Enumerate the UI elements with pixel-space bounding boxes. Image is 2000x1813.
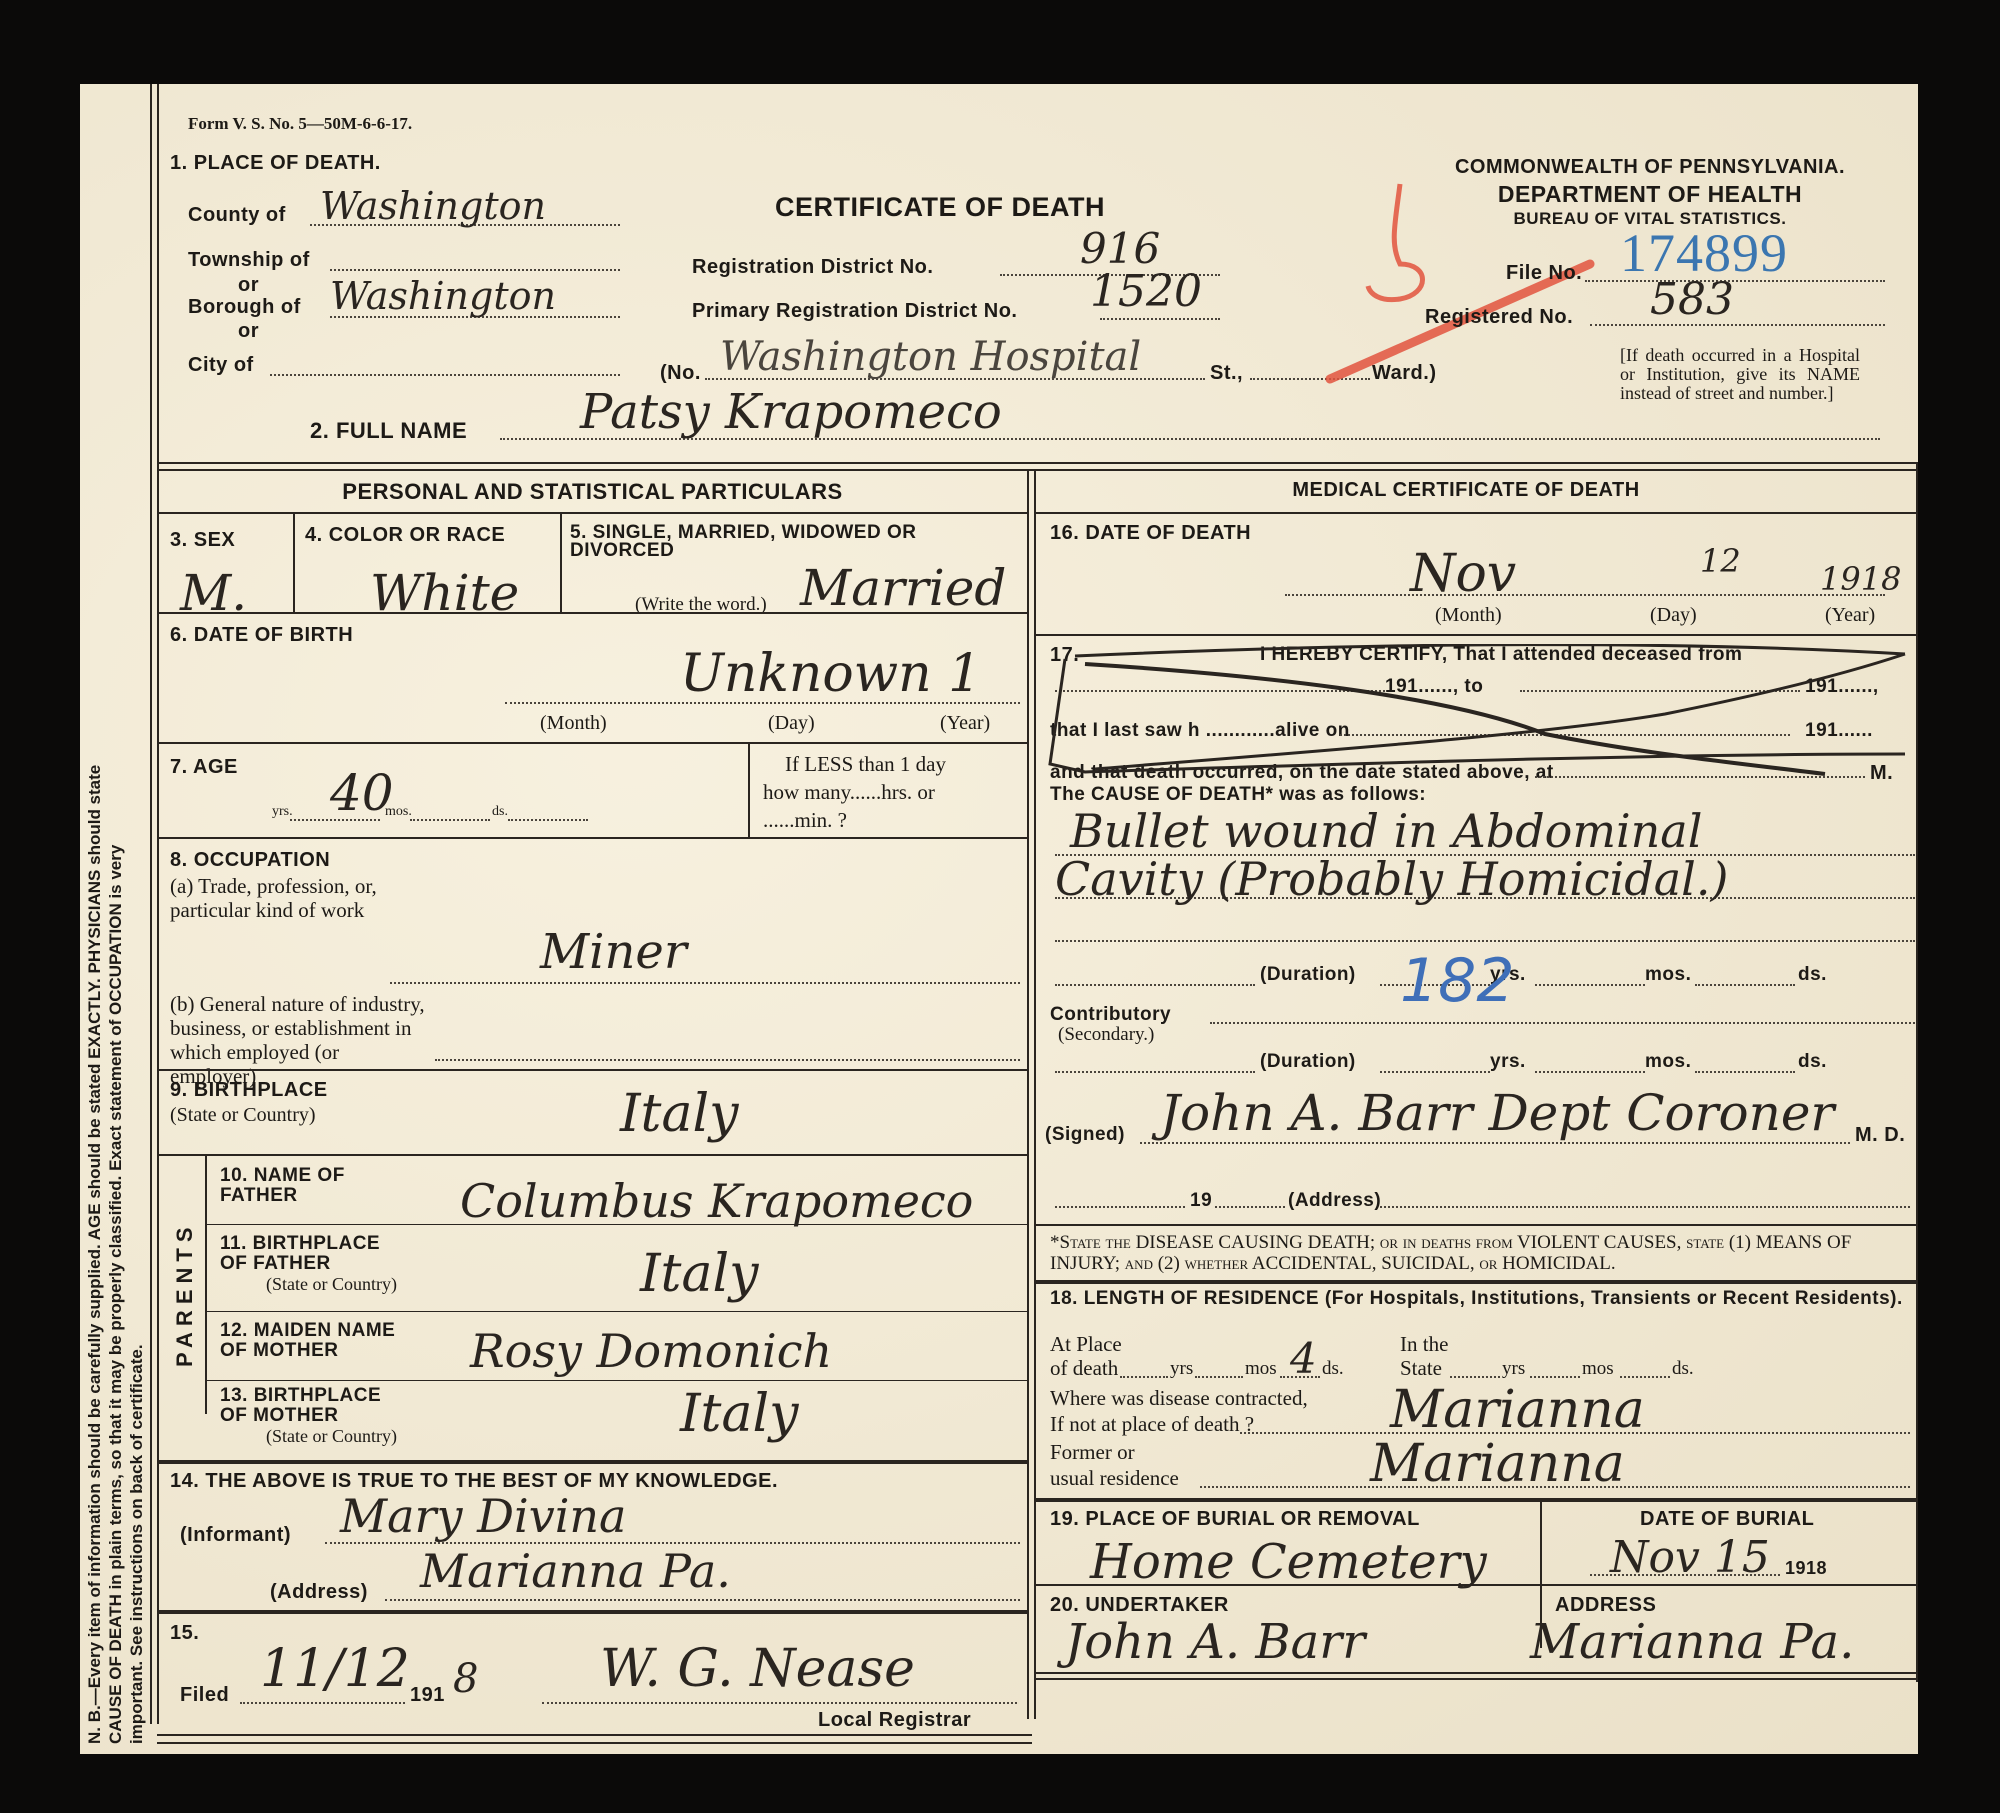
state-yrs-label: yrs (1502, 1358, 1525, 1380)
divider (293, 512, 295, 612)
occupation-a-value: Miner (540, 924, 687, 980)
rule (1036, 634, 1916, 636)
blue-pencil-code: 182 (1400, 946, 1515, 1016)
township-label: Township of (188, 249, 310, 272)
cause-footnote: *State the DISEASE CAUSING DEATH; or in … (1050, 1232, 1910, 1274)
birthplace-sub: (State or Country) (170, 1104, 316, 1127)
filed-date-line (240, 1702, 405, 1704)
rule (205, 1224, 1027, 1225)
or-label-2: or (238, 320, 259, 343)
divider (748, 742, 750, 837)
duration2-yrs-line (1380, 1071, 1490, 1073)
duration2-ds-line (1695, 1071, 1795, 1073)
center-divider-inner (1034, 469, 1036, 1719)
city-label: City of (188, 354, 254, 377)
sig-address-label: (Address) (1288, 1190, 1381, 1212)
father-birthplace-label: 11. BIRTHPLACE OF FATHER (220, 1234, 410, 1274)
street-no-label: (No. (660, 362, 701, 385)
res-yrs-line (1120, 1376, 1168, 1378)
dod-day-value: 12 (1700, 542, 1741, 580)
rule (1036, 1498, 1916, 1502)
left-border-rule (150, 84, 152, 1724)
res-mos-line (1195, 1376, 1243, 1378)
file-no-line (1585, 280, 1885, 282)
burial-date-label: DATE OF BURIAL (1640, 1508, 1814, 1531)
township-line (330, 269, 620, 271)
signed-line (1140, 1142, 1850, 1144)
filed-year-prefix: 191 (410, 1684, 445, 1707)
less-than-day-2: how many......hrs. or (763, 780, 935, 805)
full-name-value: Patsy Krapomeco (580, 384, 1002, 440)
center-divider (1027, 469, 1029, 1719)
street-value: Washington Hospital (720, 334, 1141, 380)
cause-value-1: Bullet wound in Abdominal (1070, 804, 1702, 858)
st-label: St., (1210, 362, 1243, 385)
registered-no-label: Registered No. (1425, 306, 1573, 329)
parents-label: PARENTS (172, 1174, 198, 1414)
burial-date-value: Nov 15 (1610, 1532, 1770, 1583)
rule (157, 837, 1027, 839)
sig-date-19: 19 (1190, 1190, 1212, 1212)
informant-address-line (385, 1599, 1020, 1601)
age-yrs-label: yrs. (272, 804, 293, 820)
right-border-rule (1916, 462, 1918, 1682)
rule (157, 1460, 1027, 1464)
sig-date-year-line (1215, 1206, 1285, 1208)
res-yrs-label: yrs (1170, 1358, 1193, 1380)
duration-ds-line (1695, 984, 1795, 986)
rule (1036, 1224, 1916, 1226)
age-mos-label: mos. (385, 804, 412, 820)
former-label-1: Former or (1050, 1440, 1135, 1465)
medical-heading: MEDICAL CERTIFICATE OF DEATH (1036, 479, 1896, 502)
rule (157, 469, 1917, 471)
registrar-line (542, 1702, 1017, 1704)
registered-no-line (1590, 324, 1885, 326)
signed-value: John A. Barr Dept Coroner (1160, 1084, 1834, 1142)
or-label-1: or (238, 274, 259, 297)
age-ds-label: ds. (492, 804, 508, 820)
contracted-value: Marianna (1390, 1380, 1645, 1440)
former-value: Marianna (1370, 1434, 1625, 1494)
age-ds-line (508, 819, 588, 821)
personal-heading: PERSONAL AND STATISTICAL PARTICULARS (160, 479, 1025, 505)
burial-label: 19. PLACE OF BURIAL OR REMOVAL (1050, 1508, 1420, 1531)
filed-date-value: 11/12 (260, 1639, 410, 1699)
mother-birthplace-label: 13. BIRTHPLACE OF MOTHER (220, 1386, 410, 1426)
residence-label: 18. LENGTH OF RESIDENCE (For Hospitals, … (1050, 1288, 1910, 1310)
rule (205, 1380, 1027, 1381)
dob-month-label: (Month) (540, 712, 607, 735)
left-border-rule-inner (157, 84, 159, 1724)
rule (205, 1311, 1027, 1312)
age-label: 7. AGE (170, 756, 238, 779)
cause-line-3 (1055, 940, 1915, 942)
dod-label: 16. DATE OF DEATH (1050, 522, 1251, 545)
informant-address-label: (Address) (270, 1581, 368, 1604)
birthplace-label: 9. BIRTHPLACE (170, 1079, 328, 1102)
rule (157, 1069, 1027, 1071)
dod-line (1285, 594, 1885, 596)
age-mos-line (410, 819, 490, 821)
cause-value-2: Cavity (Probably Homicidal.) (1055, 852, 1728, 906)
filed-label: Filed (180, 1684, 229, 1707)
duration2-mos: mos. (1645, 1051, 1691, 1073)
dod-year-label: (Year) (1825, 604, 1875, 627)
state-yrs-line (1450, 1376, 1500, 1378)
rule (157, 612, 1027, 614)
duration-pre-line (1055, 984, 1255, 986)
borough-label: Borough of (188, 296, 301, 319)
undertaker-value: John A. Barr (1065, 1614, 1365, 1670)
file-no-label: File No. (1506, 262, 1582, 285)
registrar-label: Local Registrar (818, 1709, 971, 1732)
duration2-ds: ds. (1798, 1051, 1827, 1073)
sig-date-line (1055, 1206, 1185, 1208)
borough-value: Washington (330, 274, 556, 318)
rule (157, 512, 1027, 514)
father-value: Columbus Krapomeco (460, 1174, 973, 1228)
sig-address-line (1380, 1206, 1910, 1208)
rule (157, 742, 1027, 744)
primary-reg-label: Primary Registration District No. (692, 300, 1017, 323)
mother-value: Rosy Domonich (470, 1324, 832, 1378)
father-label: 10. NAME OF FATHER (220, 1166, 360, 1206)
county-value: Washington (320, 184, 546, 228)
parents-divider (205, 1154, 207, 1414)
rule (1036, 1584, 1916, 1586)
margin-line-3: important. See instructions on back of c… (126, 124, 147, 1744)
death-certificate: N. B.—Every item of information should b… (80, 84, 1918, 1754)
dod-month-label: (Month) (1435, 604, 1502, 627)
margin-instructions: N. B.—Every item of information should b… (84, 124, 147, 1744)
reg-district-label: Registration District No. (692, 256, 933, 279)
secondary-label: (Secondary.) (1058, 1024, 1154, 1046)
contributory-label: Contributory (1050, 1004, 1171, 1026)
res-ds-label: ds. (1322, 1358, 1344, 1380)
race-label: 4. COLOR OR RACE (305, 524, 505, 547)
duration2-pre-line (1055, 1071, 1255, 1073)
occupation-a-line (390, 982, 1020, 984)
res-mos-label: mos (1245, 1358, 1277, 1380)
in-the-label: In the (1400, 1332, 1448, 1357)
state-mos-label: mos (1582, 1358, 1614, 1380)
filed-year-suffix: 8 (453, 1656, 478, 1702)
rule (1036, 1678, 1916, 1680)
duration2-yrs: yrs. (1490, 1051, 1526, 1073)
sex-label: 3. SEX (170, 529, 235, 552)
dod-day-label: (Day) (1650, 604, 1697, 627)
margin-line-1: N. B.—Every item of information should b… (84, 124, 105, 1744)
registered-no-value: 583 (1650, 274, 1734, 325)
rule (1036, 512, 1916, 514)
contracted-label-1: Where was disease contracted, (1050, 1386, 1308, 1411)
city-line (270, 374, 620, 376)
occupation-b-line (435, 1059, 1020, 1061)
res-mos-value: 4 (1290, 1334, 1317, 1383)
burial-year: 1918 (1785, 1558, 1827, 1579)
duration-label: (Duration) (1260, 964, 1356, 986)
md-label: M. D. (1855, 1124, 1905, 1147)
occupation-a-label: (a) Trade, profession, or, particular ki… (170, 874, 420, 922)
undertaker-address-value: Marianna Pa. (1530, 1614, 1854, 1670)
county-label: County of (188, 204, 286, 227)
mother-birthplace-value: Italy (680, 1384, 798, 1444)
rule (1036, 1672, 1916, 1674)
father-birthplace-sub: (State or Country) (266, 1274, 397, 1295)
mother-label: 12. MAIDEN NAME OF MOTHER (220, 1321, 420, 1361)
signed-label: (Signed) (1045, 1124, 1125, 1146)
state-mos-line (1530, 1376, 1580, 1378)
form-number: Form V. S. No. 5—50M-6-6-17. (188, 114, 412, 134)
registrar-value: W. G. Nease (600, 1639, 915, 1699)
dob-year-label: (Year) (940, 712, 990, 735)
occupation-b-label: (b) General nature of industry, business… (170, 992, 430, 1088)
state-ds-label: ds. (1672, 1358, 1694, 1380)
filed-number: 15. (170, 1622, 199, 1645)
duration-ds: ds. (1798, 964, 1827, 986)
informant-address-value: Marianna Pa. (420, 1544, 731, 1598)
place-of-death-heading: 1. PLACE OF DEATH. (170, 152, 381, 175)
hospital-note: [If death occurred in a Hospital or Inst… (1620, 346, 1860, 403)
contracted-label-2: If not at place of death ? (1050, 1412, 1254, 1437)
less-than-day-3: ......min. ? (763, 808, 847, 833)
birthplace-value: Italy (620, 1084, 738, 1144)
contributory-line (1210, 1022, 1915, 1024)
strikethrough-scribble-icon (1045, 644, 1925, 784)
rule (157, 1610, 1027, 1614)
father-birthplace-value: Italy (640, 1244, 758, 1304)
mother-birthplace-sub: (State or Country) (266, 1426, 397, 1447)
state-label: State (1400, 1356, 1442, 1381)
dob-label: 6. DATE OF BIRTH (170, 624, 353, 647)
at-place-label: At Place (1050, 1332, 1122, 1357)
cause-heading: The CAUSE OF DEATH* was as follows: (1050, 784, 1426, 806)
primary-reg-line (1100, 318, 1220, 320)
duration2-mos-line (1535, 1071, 1645, 1073)
divider (560, 512, 562, 612)
dod-month-value: Nov (1410, 544, 1516, 604)
former-label-2: usual residence (1050, 1466, 1179, 1491)
rule (157, 1734, 1032, 1736)
duration2-label: (Duration) (1260, 1051, 1356, 1073)
primary-reg-value: 1520 (1090, 266, 1202, 317)
occupation-label: 8. OCCUPATION (170, 849, 330, 872)
rule (157, 462, 1917, 464)
less-than-day-1: If LESS than 1 day (785, 752, 946, 777)
informant-label: (Informant) (180, 1524, 291, 1547)
rule (157, 1154, 1027, 1156)
dob-day-label: (Day) (768, 712, 815, 735)
duration-mos: mos. (1645, 964, 1691, 986)
duration-mos-line (1535, 984, 1645, 986)
margin-line-2: CAUSE OF DEATH in plain terms, so that i… (105, 124, 126, 1744)
burial-value: Home Cemetery (1090, 1534, 1487, 1590)
dob-value: Unknown 1 (680, 644, 981, 704)
marital-label: 5. SINGLE, MARRIED, WIDOWED OR DIVORCED (570, 524, 1020, 560)
marital-value: Married (800, 559, 1006, 617)
state-ds-line (1620, 1376, 1670, 1378)
full-name-label: 2. FULL NAME (310, 418, 467, 444)
certificate-title: CERTIFICATE OF DEATH (775, 192, 1105, 223)
rule (1036, 1280, 1916, 1284)
rule (157, 1742, 1032, 1744)
informant-value: Mary Divina (340, 1489, 626, 1543)
of-death-label: of death (1050, 1356, 1118, 1381)
dod-year-value: 1918 (1820, 560, 1901, 598)
